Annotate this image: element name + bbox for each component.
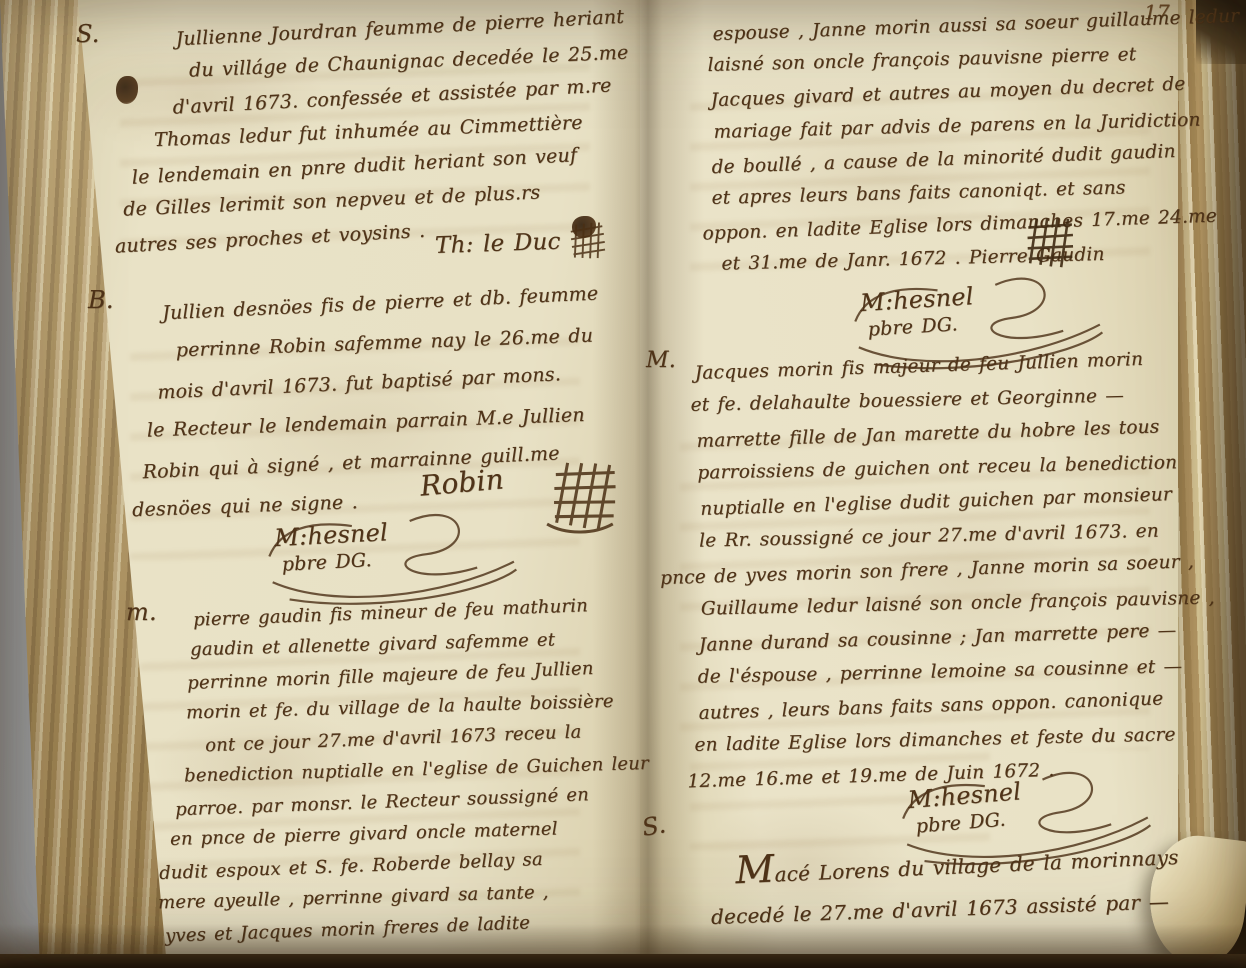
entry-marriage-continuation: espouse , Janne morin aussi sa soeur gui… [696,3,1194,283]
signature-th-le-duc: Th: le Duc [434,221,607,265]
entry-marriage-morin-marrette: Jacques morin fis majeur de feu Jullien … [654,343,1180,798]
signature-title: pbre DG. [281,549,372,576]
signature-paraph-icon [544,449,623,542]
signature-name: M:hesnel [274,518,389,552]
book-bottom-edge [0,954,1246,968]
manuscript-photo: 17 S. Jullienne Jourdran feumme de pierr… [0,0,1246,968]
margin-letter-burial: S. [76,20,100,48]
margin-letter-burial: S. [640,810,668,842]
signature-paraph-icon [1020,214,1077,270]
signature-paraph-icon [566,221,607,260]
signature-text: Th: le Duc [435,229,561,259]
margin-letter-baptism: B. [88,286,114,314]
entry-burial-mace-lorens: Macé Lorens du village de la morinnaysde… [698,831,1191,940]
entry-marriage-gaudin-morin: pierre gaudin fis mineur de feu mathurin… [143,587,714,951]
